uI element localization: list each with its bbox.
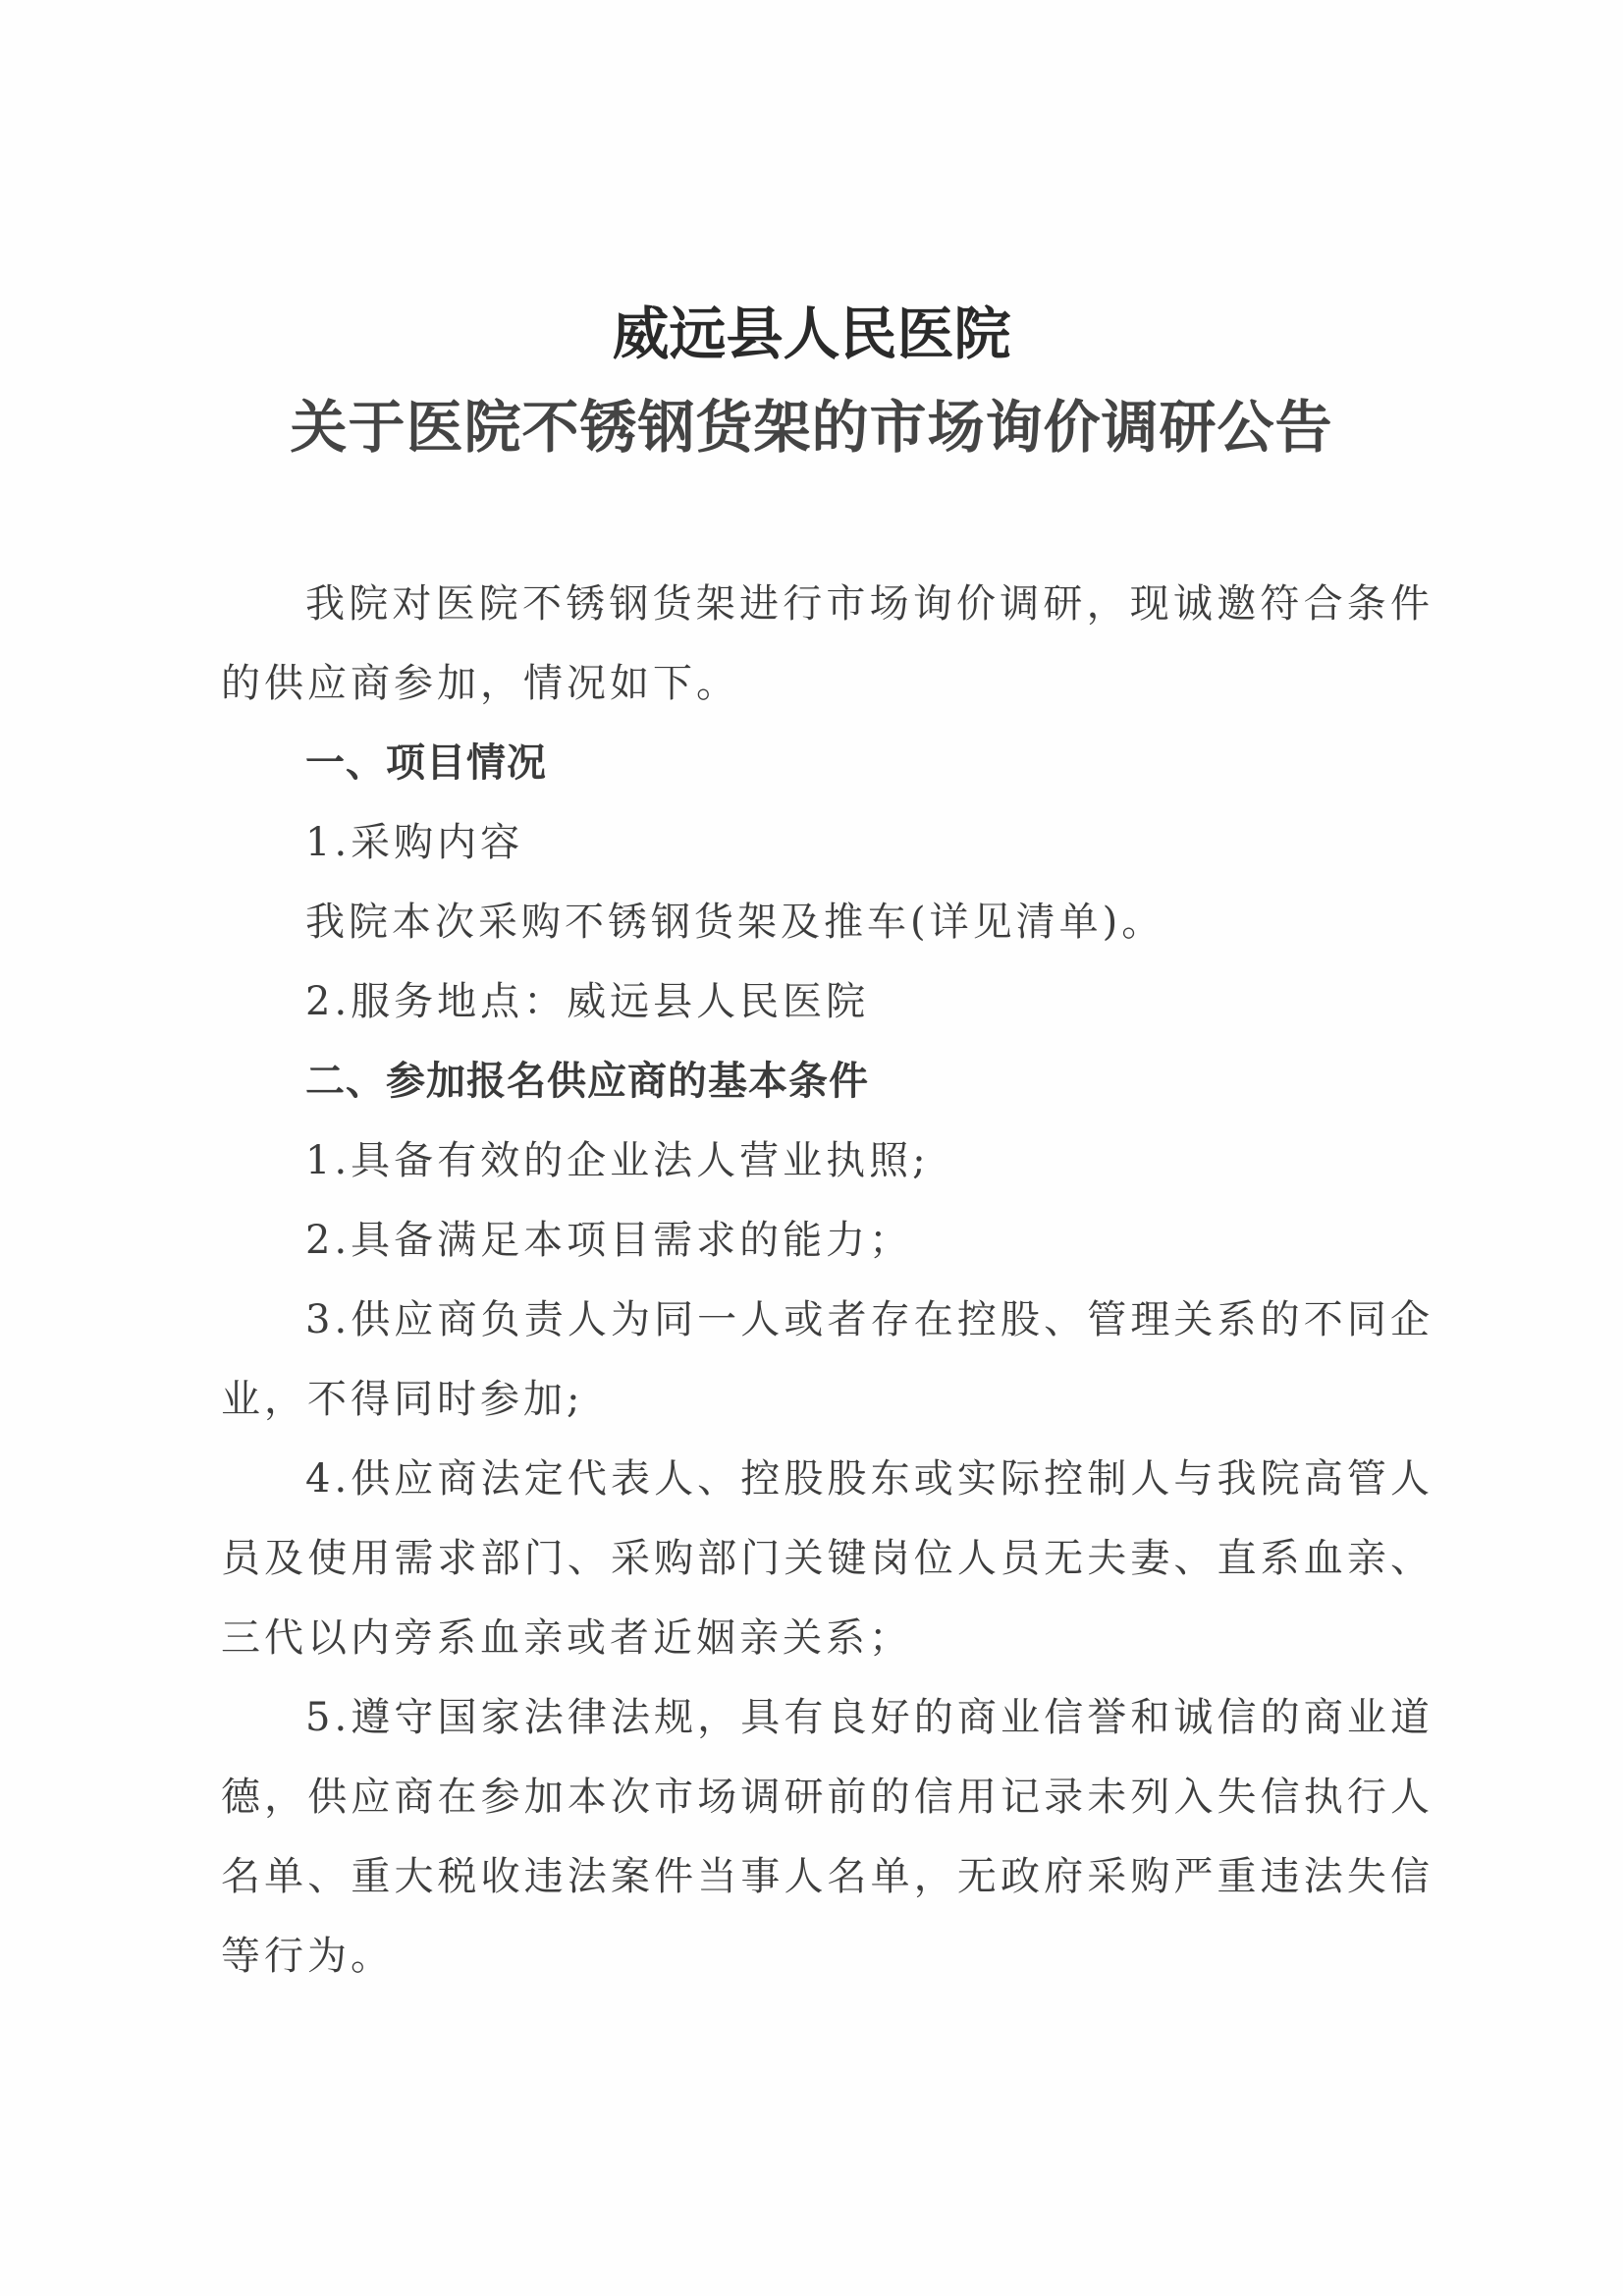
intro-paragraph: 我院对医院不锈钢货架进行市场询价调研，现诚邀符合条件的供应商参加，情况如下。 (221, 565, 1434, 724)
condition-item: 4.供应商法定代表人、控股股东或实际控制人与我院高管人员及使用需求部门、采购部门… (221, 1440, 1434, 1678)
condition-item: 2.具备满足本项目需求的能力； (221, 1201, 1434, 1281)
condition-item: 1.具备有效的企业法人营业执照; (221, 1121, 1434, 1201)
document-page: 威远县人民医院 关于医院不锈钢货架的市场询价调研公告 我院对医院不锈钢货架进行市… (0, 0, 1623, 2296)
document-title-organization: 威远县人民医院 (0, 300, 1623, 368)
project-item-service-location: 2.服务地点：威远县人民医院 (221, 962, 1434, 1042)
section-heading-project: 一、项目情况 (221, 724, 1434, 803)
section-heading-supplier-conditions: 二、参加报名供应商的基本条件 (221, 1042, 1434, 1121)
document-body: 我院对医院不锈钢货架进行市场询价调研，现诚邀符合条件的供应商参加，情况如下。 一… (221, 565, 1434, 1996)
project-item-procurement-label: 1.采购内容 (221, 803, 1434, 883)
project-item-procurement-content: 我院本次采购不锈钢货架及推车(详见清单)。 (221, 883, 1434, 962)
document-title-subject: 关于医院不锈钢货架的市场询价调研公告 (0, 388, 1623, 466)
condition-item: 3.供应商负责人为同一人或者存在控股、管理关系的不同企业，不得同时参加; (221, 1281, 1434, 1440)
condition-item: 5.遵守国家法律法规，具有良好的商业信誉和诚信的商业道德，供应商在参加本次市场调… (221, 1678, 1434, 1996)
